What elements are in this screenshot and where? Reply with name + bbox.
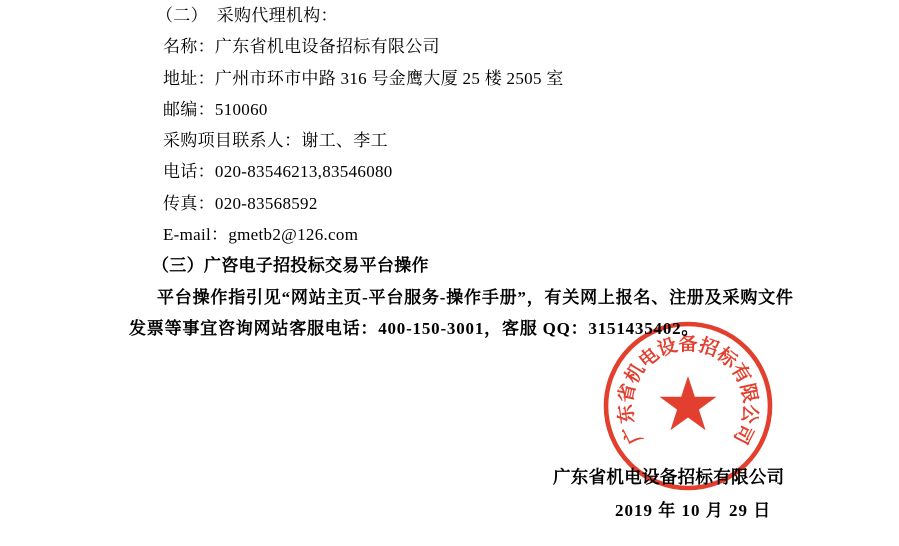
document-page: （二） 采购代理机构： 名称：广东省机电设备招标有限公司 地址：广州市环市中路 …	[0, 0, 899, 546]
agency-email-line: E-mail：gmetb2@126.com	[0, 219, 899, 250]
document-body: （二） 采购代理机构： 名称：广东省机电设备招标有限公司 地址：广州市环市中路 …	[0, 0, 899, 344]
signature-date: 2019 年 10 月 29 日	[615, 496, 771, 521]
platform-paragraph-line1: 平台操作指引见“网站主页-平台服务-操作手册”，有关网上报名、注册及采购文件	[0, 282, 899, 313]
agency-phone-line: 电话：020-83546213,83546080	[0, 156, 899, 187]
section-3-heading: （三）广咨电子招投标交易平台操作	[0, 250, 899, 281]
agency-name-line: 名称：广东省机电设备招标有限公司	[0, 31, 899, 62]
agency-contact-line: 采购项目联系人：谢工、李工	[0, 125, 899, 156]
star-icon	[660, 376, 717, 430]
agency-postcode-line: 邮编：510060	[0, 94, 899, 125]
agency-fax-line: 传真：020-83568592	[0, 188, 899, 219]
company-seal: 广东省机电设备招标有限公司	[598, 318, 780, 496]
agency-address-line: 地址：广州市环市中路 316 号金鹰大厦 25 楼 2505 室	[0, 63, 899, 94]
section-2-heading: （二） 采购代理机构：	[0, 0, 899, 31]
